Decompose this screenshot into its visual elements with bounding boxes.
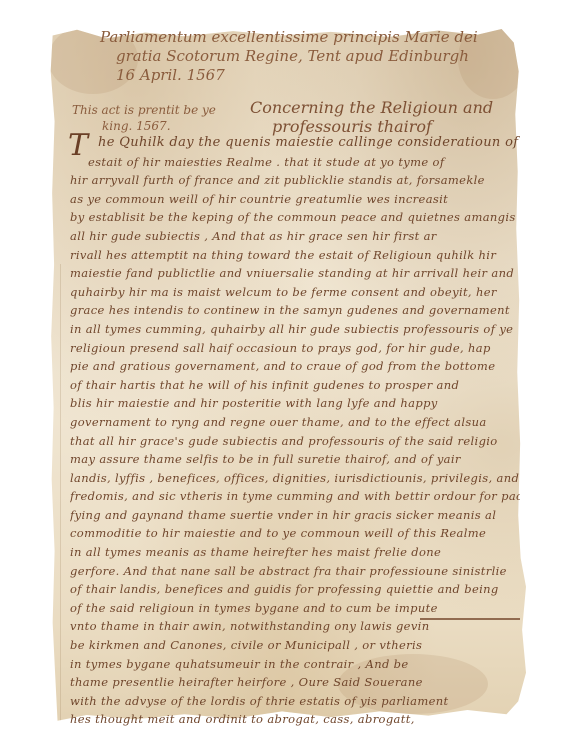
body-line: blis hir maiestie and hir posteritie wit… bbox=[70, 394, 520, 413]
body-line: gerfore. And that nane sall be abstract … bbox=[70, 562, 520, 581]
document-heading: Parliamentum excellentissime principis M… bbox=[100, 28, 480, 85]
body-line: all hir gude subiectis , And that as hir… bbox=[70, 227, 520, 246]
body-line: be kirkmen and Canones, civile or Munici… bbox=[70, 636, 520, 655]
body-line: he Quhilk day the quenis maiestie callin… bbox=[70, 134, 520, 153]
body-line: thame presentlie heirafter heirfore , Ou… bbox=[70, 673, 520, 692]
body-line: fredomis, and sic vtheris in tyme cummin… bbox=[70, 487, 520, 506]
body-line: rivall hes attemptit na thing toward the… bbox=[70, 246, 520, 265]
body-line: as ye commoun weill of hir countrie grea… bbox=[70, 190, 520, 209]
body-line: pie and gratious governament, and to cra… bbox=[70, 357, 520, 376]
body-line: maiestie fand publictlie and vniuersalie… bbox=[70, 264, 520, 283]
body-line: vnto thame in thair awin, notwithstandin… bbox=[70, 617, 520, 636]
body-line: may assure thame selfis to be in full su… bbox=[70, 450, 520, 469]
margin-note-line-1: This act is prentit be ye bbox=[72, 102, 232, 118]
body-line: with the advyse of the lordis of thrie e… bbox=[70, 692, 520, 711]
body-line: in tymes bygane quhatsumeuir in the cont… bbox=[70, 655, 520, 674]
body-line: grace hes intendis to continew in the sa… bbox=[70, 301, 520, 320]
body-line: of thair landis, benefices and guidis fo… bbox=[70, 580, 520, 599]
body-line: by establisit be the keping of the commo… bbox=[70, 208, 520, 227]
body-line: in all tymes cumming, quhairby all hir g… bbox=[70, 320, 520, 339]
body-line: fying and gaynand thame suertie vnder in… bbox=[70, 506, 520, 525]
body-line: of the said religioun in tymes bygane an… bbox=[70, 599, 520, 618]
act-subject-title: Concerning the Religioun and professouri… bbox=[250, 98, 510, 136]
act-body-text: he Quhilk day the quenis maiestie callin… bbox=[70, 134, 520, 729]
manuscript-scan: Parliamentum excellentissime principis M… bbox=[0, 0, 570, 751]
signature-underline bbox=[420, 618, 520, 620]
body-line: landis, lyffis , benefices, offices, dig… bbox=[70, 469, 520, 488]
body-line: in all tymes meanis as thame heirefter h… bbox=[70, 543, 520, 562]
body-line: quhairby hir ma is maist welcum to be fe… bbox=[70, 283, 520, 302]
body-line: commoditie to hir maiestie and to ye com… bbox=[70, 524, 520, 543]
body-line: of thair hartis that he will of his infi… bbox=[70, 376, 520, 395]
body-line: hes thought meit and ordinit to abrogat,… bbox=[70, 710, 520, 729]
margin-note-line-2: king. 1567. bbox=[72, 118, 232, 134]
body-line: hir arryvall furth of france and zit pub… bbox=[70, 171, 520, 190]
fold-crease bbox=[60, 264, 61, 724]
body-line: estait of hir maiesties Realme . that it… bbox=[70, 153, 520, 172]
margin-note: This act is prentit be ye king. 1567. bbox=[72, 102, 232, 134]
body-line: that all hir grace's gude subiectis and … bbox=[70, 432, 520, 451]
body-line: religioun presend sall haif occasioun to… bbox=[70, 339, 520, 358]
heading-line-1: Parliamentum excellentissime principis M… bbox=[100, 28, 480, 47]
heading-date: 16 April. 1567 bbox=[100, 66, 480, 85]
subject-line-1: Concerning the Religioun and bbox=[250, 98, 510, 117]
heading-line-2: gratia Scotorum Regine, Tent apud Edinbu… bbox=[100, 47, 480, 66]
body-line: governament to ryng and regne ouer thame… bbox=[70, 413, 520, 432]
